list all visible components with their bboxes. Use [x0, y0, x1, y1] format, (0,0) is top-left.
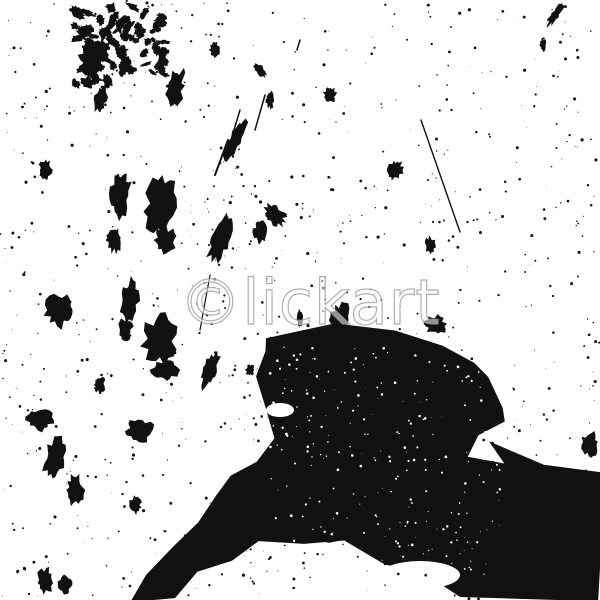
ink-splatter-texture: [0, 0, 600, 600]
grunge-texture-image: ©lickart: [0, 0, 600, 600]
